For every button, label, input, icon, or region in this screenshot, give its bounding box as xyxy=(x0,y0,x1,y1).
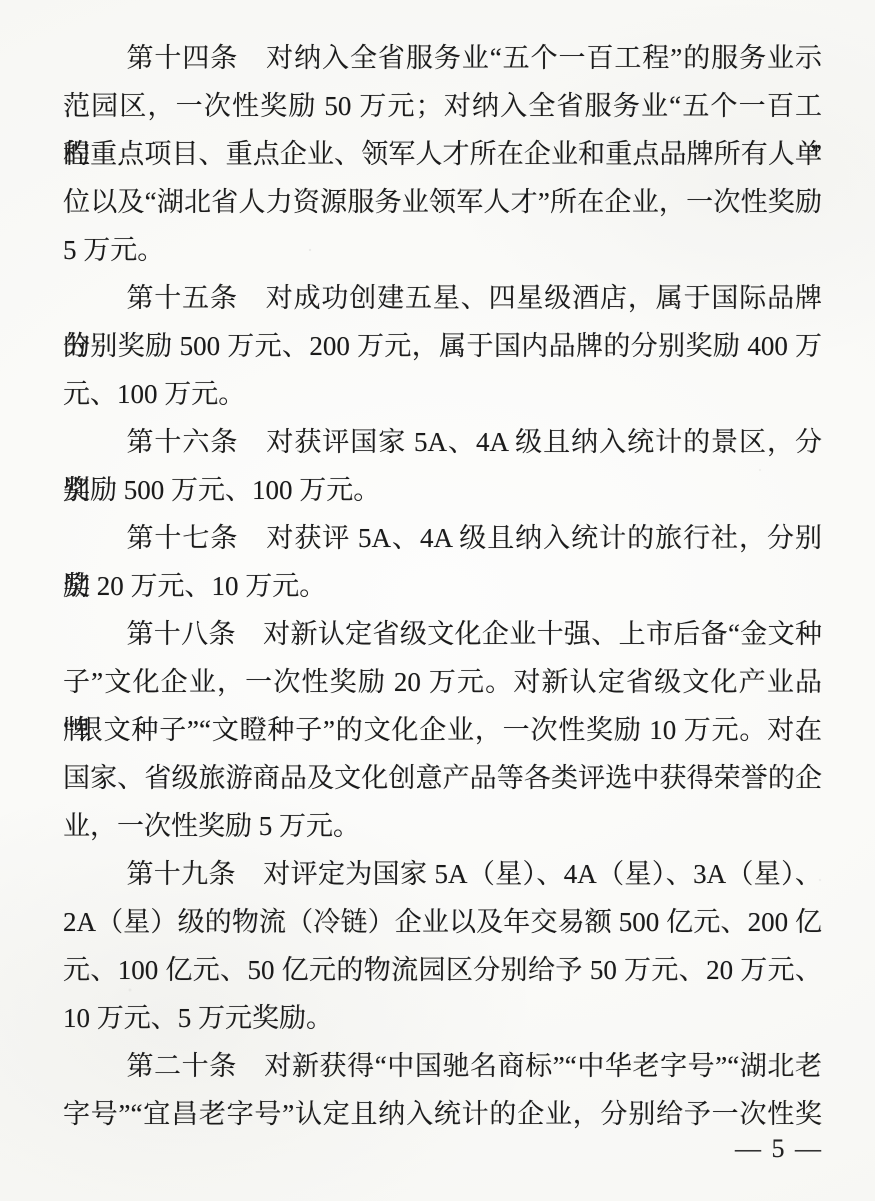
document-line: 元、100 万元。 xyxy=(63,370,822,418)
document-line: 子”文化企业，一次性奖励 20 万元。对新认定省级文化产业品牌、 xyxy=(63,658,822,706)
document-line: 第十九条 对评定为国家 5A（星）、4A（星）、3A（星）、 xyxy=(63,850,822,898)
document-line: 第十五条 对成功创建五星、四星级酒店，属于国际品牌的 xyxy=(63,274,822,322)
document-line: 国家、省级旅游商品及文化创意产品等各类评选中获得荣誉的企 xyxy=(63,754,822,802)
document-line: 第十六条 对获评国家 5A、4A 级且纳入统计的景区，分别 xyxy=(63,418,822,466)
document-line: 范园区，一次性奖励 50 万元；对纳入全省服务业“五个一百工程” xyxy=(63,82,822,130)
document-line: “银文种子”“文瞪种子”的文化企业，一次性奖励 10 万元。对在 xyxy=(63,706,822,754)
document-line: 元、100 亿元、50 亿元的物流园区分别给予 50 万元、20 万元、 xyxy=(63,946,822,994)
document-line: 第二十条 对新获得“中国驰名商标”“中华老字号”“湖北老 xyxy=(63,1042,822,1090)
document-line: 业，一次性奖励 5 万元。 xyxy=(63,802,822,850)
document-line: 分别奖励 500 万元、200 万元，属于国内品牌的分别奖励 400 万 xyxy=(63,322,822,370)
document-line: 励 20 万元、10 万元。 xyxy=(63,562,822,610)
document-line: 第十八条 对新认定省级文化企业十强、上市后备“金文种 xyxy=(63,610,822,658)
document-line: 10 万元、5 万元奖励。 xyxy=(63,994,822,1042)
document-line: 5 万元。 xyxy=(63,226,822,274)
document-line: 的重点项目、重点企业、领军人才所在企业和重点品牌所有人单 xyxy=(63,130,822,178)
page-number: — 5 — xyxy=(735,1132,823,1166)
document-line: 第十四条 对纳入全省服务业“五个一百工程”的服务业示 xyxy=(63,34,822,82)
document-line: 2A（星）级的物流（冷链）企业以及年交易额 500 亿元、200 亿 xyxy=(63,898,822,946)
scanned-document-page: 第十四条 对纳入全省服务业“五个一百工程”的服务业示 范园区，一次性奖励 50 … xyxy=(0,0,875,1201)
document-line: 字号”“宜昌老字号”认定且纳入统计的企业，分别给予一次性奖 xyxy=(63,1090,822,1138)
document-line: 奖励 500 万元、100 万元。 xyxy=(63,466,822,514)
document-line: 位以及“湖北省人力资源服务业领军人才”所在企业，一次性奖励 xyxy=(63,178,822,226)
document-line: 第十七条 对获评 5A、4A 级且纳入统计的旅行社，分别奖 xyxy=(63,514,822,562)
document-body: 第十四条 对纳入全省服务业“五个一百工程”的服务业示 范园区，一次性奖励 50 … xyxy=(63,34,822,1138)
